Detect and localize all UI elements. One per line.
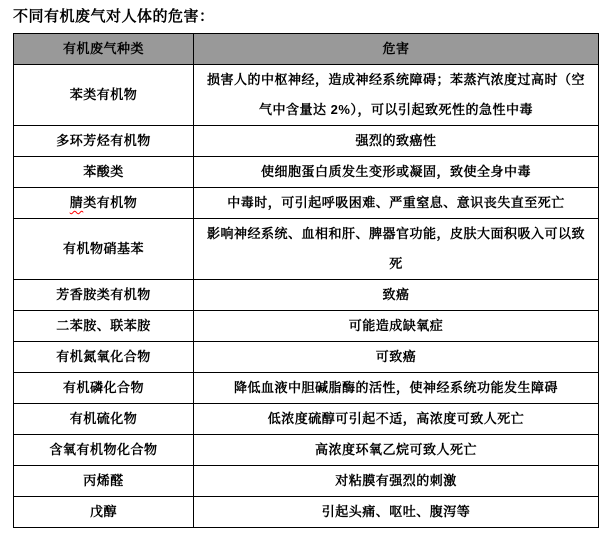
harm-cell: 可能造成缺氧症 bbox=[194, 311, 599, 342]
document-page: 不同有机废气对人体的危害： 有机废气种类 危害 苯类有机物损害人的中枢神经，造成… bbox=[0, 0, 613, 543]
table-row: 苯酸类使细胞蛋白质发生变形或凝固，致使全身中毒 bbox=[14, 157, 599, 188]
table-row: 有机硫化物低浓度硫醇可引起不适，高浓度可致人死亡 bbox=[14, 404, 599, 435]
table-row: 有机物硝基苯影响神经系统、血相和肝、脾器官功能，皮肤大面积吸入可以致死 bbox=[14, 219, 599, 280]
gas-type-cell: 多环芳烃有机物 bbox=[14, 126, 194, 157]
gas-type-cell: 芳香胺类有机物 bbox=[14, 280, 194, 311]
harm-cell: 引起头痛、呕吐、腹泻等 bbox=[194, 497, 599, 528]
table-body: 苯类有机物损害人的中枢神经，造成神经系统障碍；苯蒸汽浓度过高时（空气中含量达 2… bbox=[14, 65, 599, 528]
table-row: 腈类有机物中毒时，可引起呼吸困难、严重窒息、意识丧失直至死亡 bbox=[14, 188, 599, 219]
gas-type-cell: 有机硫化物 bbox=[14, 404, 194, 435]
harm-cell: 高浓度环氧乙烷可致人死亡 bbox=[194, 435, 599, 466]
table-row: 苯类有机物损害人的中枢神经，造成神经系统障碍；苯蒸汽浓度过高时（空气中含量达 2… bbox=[14, 65, 599, 126]
table-row: 芳香胺类有机物致癌 bbox=[14, 280, 599, 311]
table-row: 戊醇引起头痛、呕吐、腹泻等 bbox=[14, 497, 599, 528]
table-row: 有机磷化合物降低血液中胆碱脂酶的活性，使神经系统功能发生障碍 bbox=[14, 373, 599, 404]
table-row: 有机氮氧化合物可致癌 bbox=[14, 342, 599, 373]
harm-cell: 影响神经系统、血相和肝、脾器官功能，皮肤大面积吸入可以致死 bbox=[194, 219, 599, 280]
harm-cell: 降低血液中胆碱脂酶的活性，使神经系统功能发生障碍 bbox=[194, 373, 599, 404]
harm-cell: 中毒时，可引起呼吸困难、严重窒息、意识丧失直至死亡 bbox=[194, 188, 599, 219]
header-gas-type: 有机废气种类 bbox=[14, 34, 194, 65]
page-title: 不同有机废气对人体的危害： bbox=[13, 5, 613, 26]
harm-cell: 损害人的中枢神经，造成神经系统障碍；苯蒸汽浓度过高时（空气中含量达 2%），可以… bbox=[194, 65, 599, 126]
table-header-row: 有机废气种类 危害 bbox=[14, 34, 599, 65]
gas-type-cell: 腈类有机物 bbox=[14, 188, 194, 219]
table-row: 二苯胺、联苯胺可能造成缺氧症 bbox=[14, 311, 599, 342]
harm-cell: 可致癌 bbox=[194, 342, 599, 373]
harm-cell: 使细胞蛋白质发生变形或凝固，致使全身中毒 bbox=[194, 157, 599, 188]
gas-type-cell: 苯类有机物 bbox=[14, 65, 194, 126]
harm-table: 有机废气种类 危害 苯类有机物损害人的中枢神经，造成神经系统障碍；苯蒸汽浓度过高… bbox=[13, 33, 599, 528]
gas-type-cell: 有机磷化合物 bbox=[14, 373, 194, 404]
table-row: 丙烯醛对粘膜有强烈的刺激 bbox=[14, 466, 599, 497]
gas-type-cell: 有机物硝基苯 bbox=[14, 219, 194, 280]
table-row: 含氧有机物化合物高浓度环氧乙烷可致人死亡 bbox=[14, 435, 599, 466]
gas-type-cell: 有机氮氧化合物 bbox=[14, 342, 194, 373]
gas-type-cell: 含氧有机物化合物 bbox=[14, 435, 194, 466]
spellcheck-wavy-underline: 腈 bbox=[70, 195, 84, 210]
harm-cell: 致癌 bbox=[194, 280, 599, 311]
gas-type-cell: 苯酸类 bbox=[14, 157, 194, 188]
gas-type-cell: 戊醇 bbox=[14, 497, 194, 528]
gas-type-cell: 丙烯醛 bbox=[14, 466, 194, 497]
table-row: 多环芳烃有机物强烈的致癌性 bbox=[14, 126, 599, 157]
harm-cell: 低浓度硫醇可引起不适，高浓度可致人死亡 bbox=[194, 404, 599, 435]
harm-cell: 强烈的致癌性 bbox=[194, 126, 599, 157]
header-harm: 危害 bbox=[194, 34, 599, 65]
gas-type-cell: 二苯胺、联苯胺 bbox=[14, 311, 194, 342]
harm-cell: 对粘膜有强烈的刺激 bbox=[194, 466, 599, 497]
